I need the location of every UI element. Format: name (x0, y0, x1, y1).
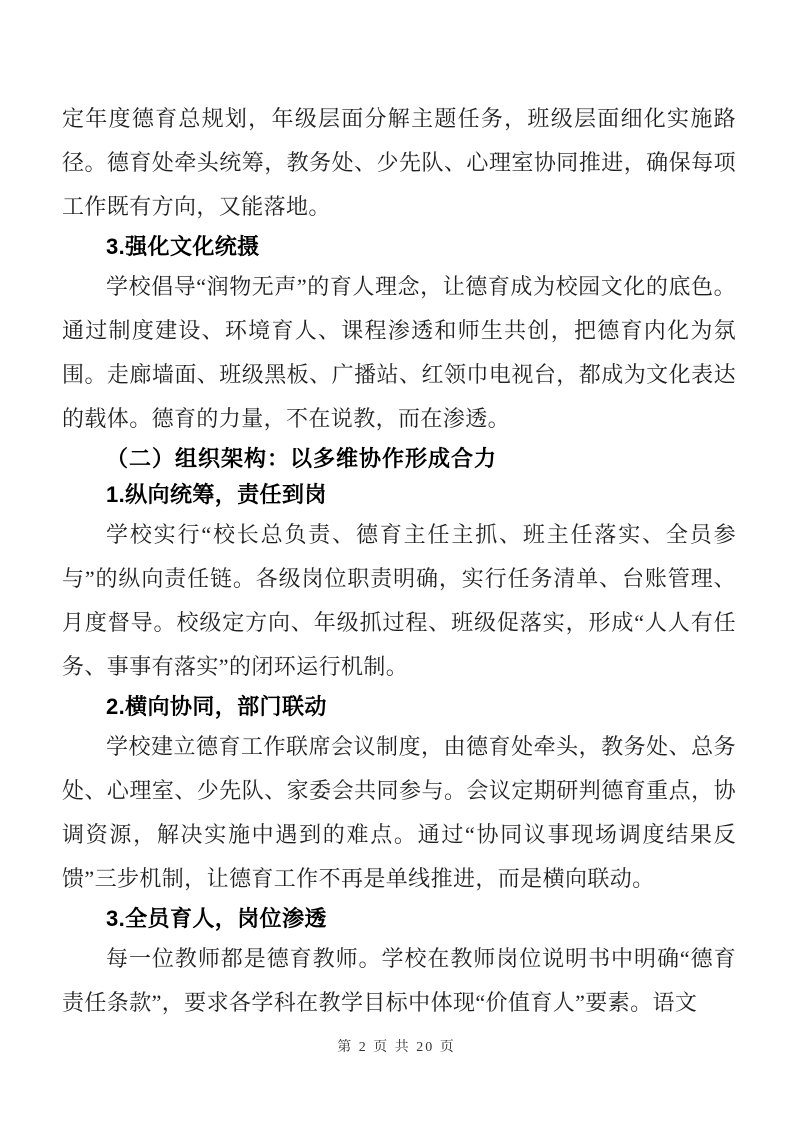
heading-all-staff-education: 3.全员育人，岗位渗透 (62, 901, 736, 937)
paragraph-every-teacher: 每一位教师都是德育教师。学校在教师岗位说明书中明确“德育责任条款”，要求各学科在… (62, 937, 736, 1025)
paragraph-culture-concept: 学校倡导“润物无声”的育人理念，让德育成为校园文化的底色。通过制度建设、环境育人… (62, 265, 736, 441)
document-body: 定年度德育总规划，年级层面分解主题任务，班级层面细化实施路径。德育处牵头统筹，教… (62, 97, 736, 1025)
heading-strengthen-culture: 3.强化文化统摄 (62, 229, 736, 265)
paragraph-responsibility-chain: 学校实行“校长总负责、德育主任主抓、班主任落实、全员参与”的纵向责任链。各级岗位… (62, 513, 736, 689)
paragraph-annual-plan-continued: 定年度德育总规划，年级层面分解主题任务，班级层面细化实施路径。德育处牵头统筹，教… (62, 97, 736, 229)
heading-horizontal-collaboration: 2.横向协同，部门联动 (62, 689, 736, 725)
heading-section-organization: （二）组织架构：以多维协作形成合力 (62, 441, 736, 477)
page-footer: 第 2 页 共 20 页 (0, 1036, 793, 1056)
paragraph-joint-meeting: 学校建立德育工作联席会议制度，由德育处牵头，教务处、总务处、心理室、少先队、家委… (62, 725, 736, 901)
heading-vertical-coordination: 1.纵向统筹，责任到岗 (62, 477, 736, 513)
document-page: 定年度德育总规划，年级层面分解主题任务，班级层面细化实施路径。德育处牵头统筹，教… (0, 0, 793, 1122)
